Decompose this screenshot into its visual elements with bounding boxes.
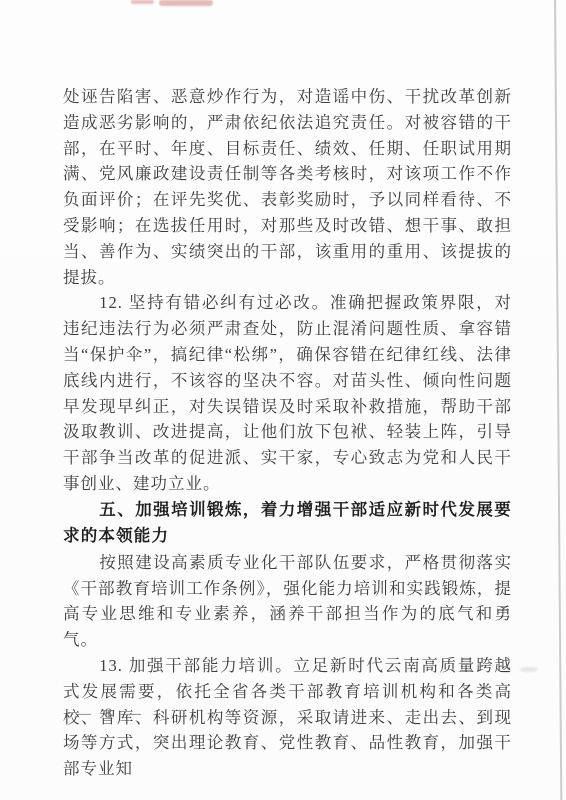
document-body: 处诬告陷害、恶意炒作行为，对造谣中伤、干扰改革创新造成恶劣影响的，严肃依纪依法追… xyxy=(63,84,512,782)
letterhead-red-mark xyxy=(159,0,213,6)
document-page: 处诬告陷害、恶意炒作行为，对造谣中伤、干扰改革创新造成恶劣影响的，严肃依纪依法追… xyxy=(0,0,566,800)
scan-edge-line xyxy=(554,0,562,800)
page-number: — 8 — xyxy=(76,706,146,722)
page-footer: — 8 — xyxy=(76,706,146,723)
section-heading: 五、加强培训锻炼，着力增强干部适应新时代发展要求的本领能力 xyxy=(63,497,512,550)
paragraph-continuation: 处诬告陷害、恶意炒作行为，对造谣中伤、干扰改革创新造成恶劣影响的，严肃依纪依法追… xyxy=(63,84,512,290)
scan-smudge xyxy=(520,667,538,672)
letterhead-red-mark xyxy=(131,0,154,4)
paragraph-training-intro: 按照建设高素质专业化干部队伍要求，严格贯彻落实《干部教育培训工作条例》，强化能力… xyxy=(63,550,512,653)
paragraph-item-12: 12. 坚持有错必纠有过必改。准确把握政策界限，对违纪违法行为必须严肃查处，防止… xyxy=(63,290,512,496)
